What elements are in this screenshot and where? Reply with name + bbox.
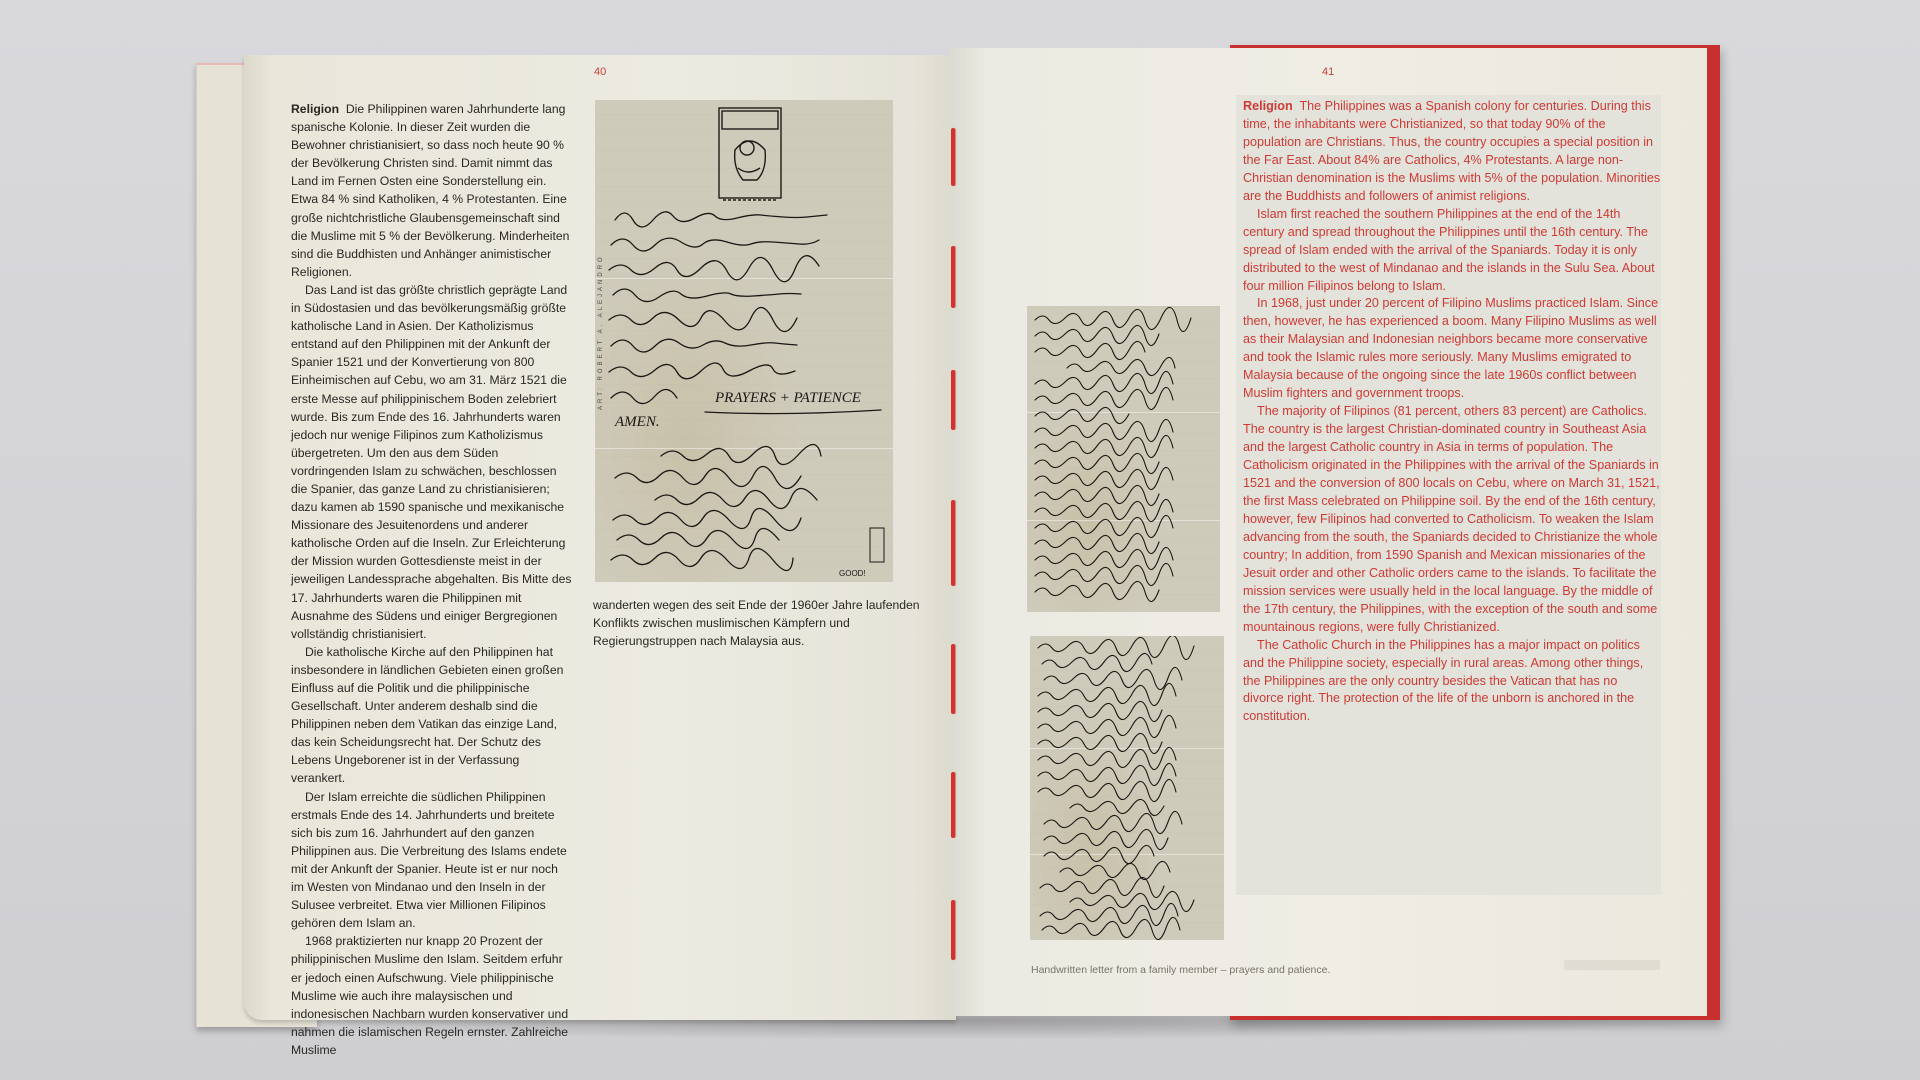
svg-text:AMEN.: AMEN. <box>614 414 660 430</box>
binding-stitch <box>951 500 955 586</box>
handwriting-scribbles <box>1030 636 1224 940</box>
english-paragraph: The majority of Filipinos (81 percent, o… <box>1243 403 1661 636</box>
page-number-left: 40 <box>594 66 606 78</box>
handwritten-letter-image-2 <box>1027 306 1220 612</box>
svg-text:GOOD!: GOOD! <box>839 569 866 578</box>
german-paragraph: Religion Die Philippinen waren Jahrhunde… <box>291 100 573 281</box>
english-paragraph: In 1968, just under 20 percent of Filipi… <box>1243 295 1661 403</box>
handwritten-letter-image-3 <box>1030 636 1224 940</box>
german-paragraph: Die katholische Kirche auf den Philippin… <box>291 643 573 788</box>
english-text-column: Religion The Philippines was a Spanish c… <box>1243 98 1661 726</box>
handwriting-scribbles <box>1027 306 1220 612</box>
image-caption: Handwritten letter from a family member … <box>1031 964 1330 976</box>
binding-stitch <box>951 246 955 308</box>
english-paragraph: Religion The Philippines was a Spanish c… <box>1243 98 1661 206</box>
german-paragraph: Der Islam erreichte die südlichen Philip… <box>291 788 573 933</box>
page-number-right: 41 <box>1322 66 1334 78</box>
show-through-text <box>1564 960 1660 970</box>
madonna-stamp-and-handwriting: PRAYERS + PATIENCE AMEN. GOOD! <box>595 100 893 582</box>
binding-stitch <box>951 900 955 960</box>
binding-stitch <box>951 370 955 430</box>
binding-stitch <box>951 128 955 186</box>
english-paragraph: The Catholic Church in the Philippines h… <box>1243 637 1661 727</box>
german-paragraph: Das Land ist das größte christlich geprä… <box>291 281 573 643</box>
german-text-column: Religion Die Philippinen waren Jahrhunde… <box>291 100 573 1059</box>
binding-stitch <box>951 644 955 714</box>
german-paragraph: 1968 praktizierten nur knapp 20 Prozent … <box>291 932 573 1059</box>
german-text-continuation: wanderten wegen des seit Ende der 1960er… <box>593 596 923 650</box>
handwritten-letter-image-1: ART: ROBERT A. ALEJANDRO PRAYERS + PATIE… <box>595 100 893 582</box>
section-heading-religion-en: Religion <box>1243 99 1293 113</box>
binding-stitch <box>951 772 955 838</box>
section-heading-religion-de: Religion <box>291 102 339 116</box>
svg-text:PRAYERS + PATIENCE: PRAYERS + PATIENCE <box>714 390 861 406</box>
english-paragraph: Islam first reached the southern Philipp… <box>1243 206 1661 296</box>
